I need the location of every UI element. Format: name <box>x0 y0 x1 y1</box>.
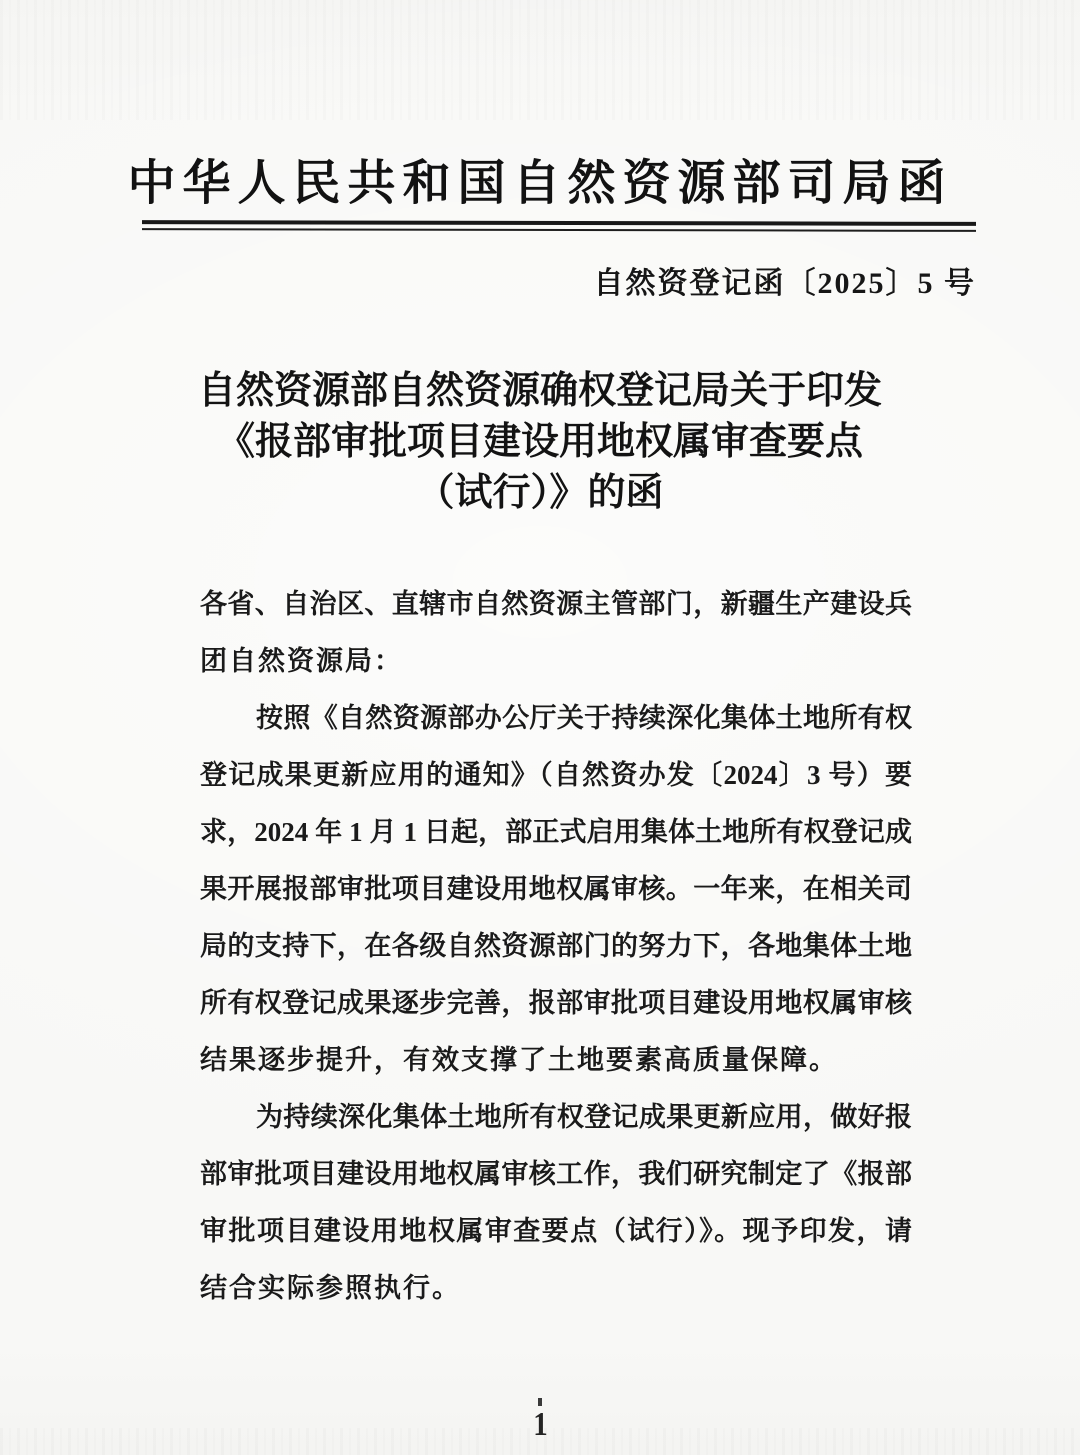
page-number-tick-mark <box>538 1398 542 1406</box>
document-title-line-3: （试行）》的函 <box>90 468 990 519</box>
body-text: 各省、自治区、直辖市自然资源主管部门，新疆生产建设兵 团自然资源局： 按照《自然… <box>200 576 912 1317</box>
divider-thin-line <box>142 228 976 232</box>
page-number-value: 1 <box>533 1408 547 1442</box>
body-line: 求，2024 年 1 月 1 日起，部正式启用集体土地所有权登记成 <box>200 804 912 861</box>
body-line: 结合实际参照执行。 <box>200 1260 912 1317</box>
body-line: 登记成果更新应用的通知》（自然资办发〔2024〕3 号）要 <box>200 747 912 804</box>
letterhead-divider <box>142 220 976 232</box>
body-line: 果开展报部审批项目建设用地权属审核。一年来，在相关司 <box>200 861 912 918</box>
document-page: 中华人民共和国自然资源部司局函 自然资登记函〔2025〕5 号 自然资源部自然资… <box>0 0 1080 1455</box>
document-title: 自然资源部自然资源确权登记局关于印发 《报部审批项目建设用地权属审查要点 （试行… <box>90 366 990 519</box>
body-line: 部审批项目建设用地权属审核工作，我们研究制定了《报部 <box>200 1146 912 1203</box>
body-line: 局的支持下，在各级自然资源部门的努力下，各地集体土地 <box>200 918 912 975</box>
salutation-line: 团自然资源局： <box>200 633 912 690</box>
doc-number: 自然资登记函〔2025〕5 号 <box>594 263 977 305</box>
body-line: 按照《自然资源部办公厅关于持续深化集体土地所有权 <box>200 690 912 747</box>
body-line: 审批项目建设用地权属审查要点（试行）》。现予印发，请 <box>200 1203 912 1260</box>
body-line: 结果逐步提升，有效支撑了土地要素高质量保障。 <box>200 1032 912 1089</box>
page-number: 1 <box>0 1398 1080 1442</box>
divider-thick-line <box>142 220 976 226</box>
letterhead-title: 中华人民共和国自然资源部司局函 <box>0 154 1080 214</box>
scan-noise-band <box>0 0 1080 120</box>
body-line: 为持续深化集体土地所有权登记成果更新应用，做好报 <box>200 1089 912 1146</box>
body-line: 所有权登记成果逐步完善，报部审批项目建设用地权属审核 <box>200 975 912 1032</box>
document-title-line-1: 自然资源部自然资源确权登记局关于印发 <box>90 366 990 417</box>
document-title-line-2: 《报部审批项目建设用地权属审查要点 <box>90 417 990 468</box>
salutation-line: 各省、自治区、直辖市自然资源主管部门，新疆生产建设兵 <box>200 576 912 633</box>
